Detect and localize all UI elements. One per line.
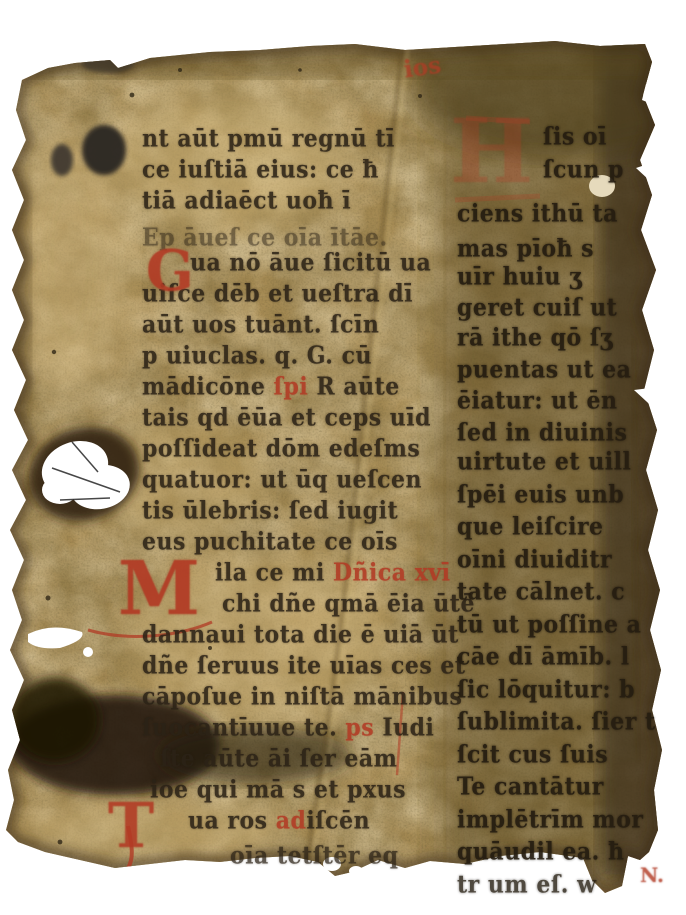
- photo-backdrop: nt aūt pmū regnū tīce iuſtiā eius: ce ħt…: [0, 0, 686, 915]
- repair-patch: [589, 175, 615, 197]
- manuscript-leaf: [0, 0, 686, 915]
